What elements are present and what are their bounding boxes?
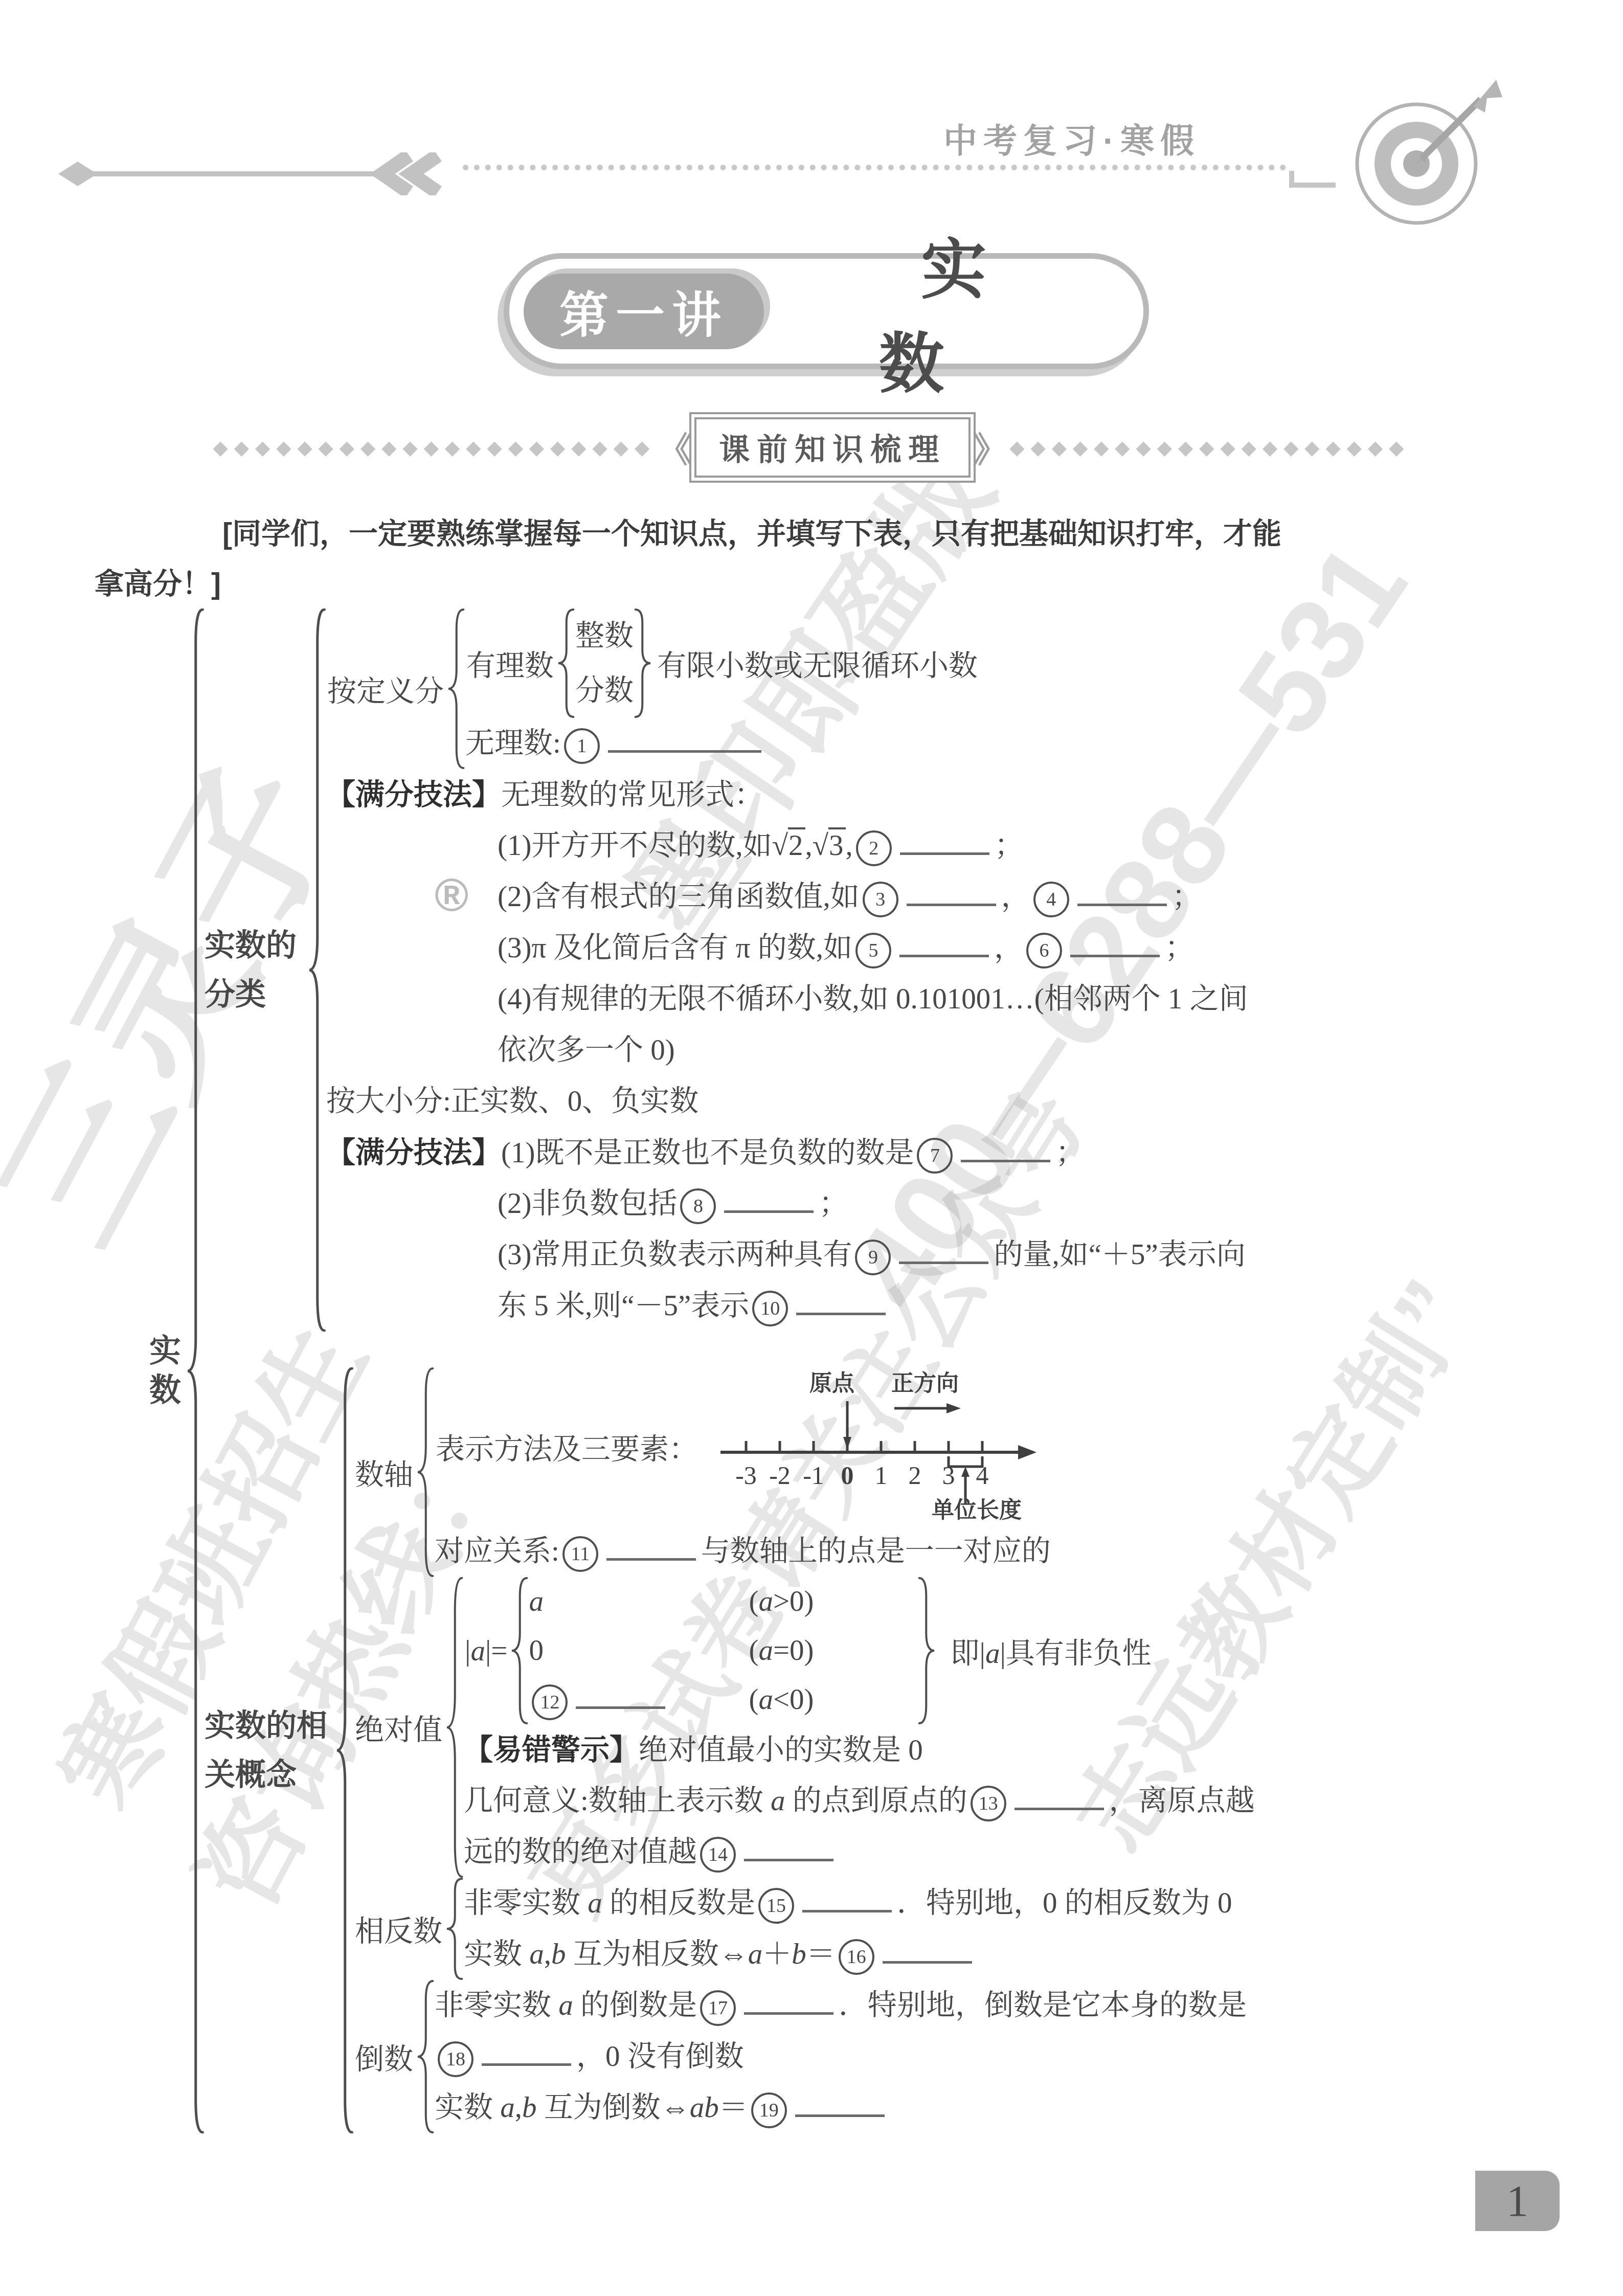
fraction-label: 分数	[575, 663, 634, 718]
dotted-divider	[463, 165, 1286, 170]
svg-text:单位长度: 单位长度	[932, 1498, 1022, 1521]
text-line: 几何意义:数轴上表示数 a 的点到原点的13，离原点越	[464, 1775, 1255, 1827]
abs-case-value: 12	[529, 1675, 749, 1724]
fill-blank	[900, 831, 989, 855]
classification-brace	[308, 609, 326, 1332]
tips1-items: (1)开方开不尽的数,如√2,√3,2；(2)含有根式的三角函数值,如3，4；(…	[326, 820, 1248, 1076]
number-line-figure: -3-2-101234原点正方向单位长度	[713, 1365, 1051, 1528]
fill-blank	[744, 1991, 833, 2015]
banner-chevron-right-icon: 》	[973, 423, 1007, 472]
abs-case-row: a(a>0)	[529, 1577, 917, 1626]
reciprocal-brace	[416, 1980, 435, 2133]
text-line: 【满分技法】(1)既不是正数也不是负数的数是7；	[326, 1127, 1248, 1178]
tips2-items: 【满分技法】(1)既不是正数也不是负数的数是7；(2)非负数包括8；(3)常用正…	[326, 1127, 1248, 1332]
fill-blank	[802, 1888, 892, 1912]
fill-blank	[482, 2042, 571, 2066]
lecture-number: 第一讲	[524, 274, 764, 349]
banner-title: 课前知识梳理	[719, 433, 946, 467]
lecture-badge: 第一讲 实数	[504, 253, 1149, 369]
circled-number: 13	[971, 1786, 1006, 1821]
fill-blank	[899, 1240, 988, 1264]
by-definition-row: 按定义分 有理数 整数 分数 有限小数或无限循	[326, 609, 1248, 769]
fill-blank	[1015, 1786, 1104, 1810]
fill-blank	[907, 882, 996, 906]
abs-case-row: 12(a<0)	[529, 1675, 917, 1724]
fill-blank	[1077, 882, 1167, 906]
abs-conclusion: 即|a|具有非负性	[950, 1630, 1151, 1672]
fill-blank	[883, 1940, 972, 1964]
abs-open-brace	[510, 1577, 529, 1724]
svg-text:原点: 原点	[809, 1371, 855, 1396]
axis-brace	[416, 1367, 435, 1577]
text-line: (3)π 及化简后含有 π 的数,如5，6；	[326, 922, 1248, 974]
by-size-line: 按大小分:正实数、0、负实数	[326, 1076, 1248, 1127]
textbook-page: 三灵子墨印即盈版400—6288—531寒假班招生咨询热线：更多试卷请关注公众号…	[0, 0, 1623, 2296]
page-number: 1	[1475, 2171, 1560, 2231]
text-line: (2)非负数包括8；	[326, 1178, 1248, 1229]
opposite-lines: 非零实数 a 的相反数是15．特别地，0 的相反数为 0实数 a,b 互为相反数…	[464, 1878, 1232, 1980]
svg-text:-1: -1	[803, 1461, 824, 1490]
opposite-group: 相反数 非零实数 a 的相反数是15．特别地，0 的相反数为 0实数 a,b 互…	[354, 1878, 1255, 1980]
reciprocal-label: 倒数	[355, 2036, 413, 2078]
page-header-title: 中考复习·寒假	[943, 114, 1200, 162]
intro-line-2: 拿高分！]	[95, 559, 1542, 609]
abs-case-row: 0(a=0)	[529, 1626, 917, 1675]
abs-case-value: 0	[529, 1626, 749, 1675]
axis-label: 数轴	[355, 1451, 413, 1493]
circled-number: 5	[855, 933, 891, 969]
circled-number: 14	[700, 1837, 736, 1873]
svg-text:正方向: 正方向	[891, 1371, 959, 1396]
circled-number: 16	[839, 1939, 874, 1975]
concepts-brace	[335, 1367, 354, 2133]
intro-line-1: [同学们，一定要熟练掌握每一个知识点，并填写下表，只有把基础知识打牢，才能	[95, 509, 1542, 559]
knowledge-tree: 实数 实数的分类 按定义分 有理数 整数	[149, 609, 1255, 2133]
abs-geometry: 几何意义:数轴上表示数 a 的点到原点的13，离原点越远的数的绝对值越14	[464, 1775, 1255, 1878]
opposite-label: 相反数	[355, 1908, 442, 1950]
banner-box: 课前知识梳理	[694, 417, 971, 478]
sqrt-expression: √3	[813, 827, 846, 862]
text-line: 非零实数 a 的倒数是17．特别地，倒数是它本身的数是	[435, 1980, 1247, 2031]
fill-blank	[961, 1138, 1050, 1162]
classification-label: 实数的分类	[205, 921, 306, 1019]
rational-note: 有限小数或无限循环小数	[657, 642, 978, 684]
lecture-title: 实数	[764, 217, 1143, 406]
circled-number: 19	[751, 2092, 787, 2128]
axis-method-row: 表示方法及三要素： -3-2-101234原点正方向单位长度	[435, 1367, 1051, 1526]
fill-blank	[796, 1291, 886, 1315]
abs-case-value: a	[529, 1577, 749, 1626]
abs-case-condition: (a>0)	[749, 1577, 917, 1626]
absolute-group: 绝对值 |a|= a(a>0)0(a=0)12(a<0) 即|a|具有非负性 【…	[354, 1577, 1255, 1878]
tree-root-label: 实数	[149, 1332, 184, 1411]
diamond-strip-right-icon: ◆◆◆◆◆◆◆◆◆◆◆◆◆◆◆◆◆◆◆	[1009, 436, 1410, 459]
circled-number: 7	[917, 1138, 953, 1174]
circled-number: 11	[562, 1536, 598, 1572]
by-definition-brace	[447, 609, 465, 769]
sqrt-expression: √2	[772, 827, 805, 862]
fill-blank	[608, 729, 761, 753]
circled-number: 10	[752, 1291, 788, 1326]
circled-number: 6	[1026, 933, 1062, 969]
fill-blank	[576, 1685, 665, 1709]
axis-method-label: 表示方法及三要素：	[436, 1426, 698, 1468]
banner-chevron-left-icon: 《	[658, 423, 692, 472]
rational-close-brace	[634, 609, 652, 718]
abs-cases: a(a>0)0(a=0)12(a<0)	[529, 1577, 917, 1724]
abs-lhs: |a|=	[465, 1634, 507, 1668]
text-line: 18，0 没有倒数	[435, 2031, 1247, 2082]
fill-blank	[606, 1537, 696, 1561]
fill-blank	[744, 1837, 833, 1861]
circled-number: 17	[700, 1990, 736, 2026]
text-line: 非零实数 a 的相反数是15．特别地，0 的相反数为 0	[464, 1878, 1232, 1929]
irrational-line: 无理数:1	[465, 718, 981, 769]
fill-blank	[899, 933, 989, 957]
absolute-label: 绝对值	[355, 1706, 442, 1748]
circled-number: 8	[680, 1188, 716, 1224]
rational-label: 有理数	[466, 642, 554, 684]
opposite-brace	[445, 1878, 464, 1980]
axis-group: 数轴 表示方法及三要素： -3-2-101234原点正方向单位长度 对应关系:1…	[354, 1367, 1255, 1577]
abs-close-brace	[917, 1577, 936, 1724]
text-line: (4)有规律的无限不循环小数,如 0.101001…(相邻两个 1 之间	[326, 974, 1248, 1025]
axis-mapping-line: 对应关系:11与数轴上的点是一一对应的	[435, 1526, 1051, 1577]
reciprocal-group: 倒数 非零实数 a 的倒数是17．特别地，倒数是它本身的数是18，0 没有倒数实…	[354, 1980, 1255, 2133]
absolute-brace	[445, 1577, 464, 1878]
dartboard-target-icon	[1345, 61, 1504, 233]
fill-blank	[724, 1189, 814, 1213]
abs-formula: |a|= a(a>0)0(a=0)12(a<0) 即|a|具有非负性	[464, 1577, 1255, 1724]
fill-blank	[1070, 933, 1160, 957]
svg-text:-2: -2	[769, 1461, 791, 1490]
text-line: (3)常用正负数表示两种具有9的量,如“＋5”表示向	[326, 1229, 1248, 1280]
fill-blank	[795, 2093, 885, 2117]
circled-number: 1	[564, 728, 600, 764]
svg-text:-3: -3	[735, 1461, 757, 1490]
circled-number: 9	[855, 1240, 891, 1275]
circled-number: 3	[863, 882, 898, 917]
text-line: (1)开方开不尽的数,如√2,√3,2；	[326, 820, 1248, 871]
svg-text:1: 1	[875, 1461, 888, 1490]
section-banner: ◆◆◆◆◆◆◆◆◆◆◆◆◆◆◆◆◆◆◆◆◆ 《 课前知识梳理 》 ◆◆◆◆◆◆◆…	[0, 414, 1623, 481]
svg-text:0: 0	[841, 1461, 854, 1490]
circled-number: 2	[856, 830, 892, 866]
abs-case-condition: (a=0)	[749, 1626, 917, 1675]
abs-case-condition: (a<0)	[749, 1675, 917, 1724]
arrow-tail-icon	[51, 152, 460, 195]
rational-open-brace	[557, 609, 575, 718]
rational-row: 有理数 整数 分数 有限小数或无限循环小数	[465, 609, 981, 718]
abs-warning: 【易错警示】绝对值最小的实数是 0	[464, 1724, 1255, 1775]
circled-number: 18	[438, 2041, 474, 2077]
text-line: 东 5 米,则“－5”表示10	[326, 1280, 1248, 1332]
divider-end-hook	[1289, 169, 1340, 191]
text-line: 实数 a,b 互为倒数⇔ab＝19	[435, 2082, 1247, 2133]
tips1-title: 【满分技法】无理数的常见形式：	[326, 769, 1248, 820]
svg-text:2: 2	[909, 1461, 921, 1490]
integer-label: 整数	[575, 609, 634, 663]
concepts-group: 实数的相关概念 数轴 表示方法及三要素： -3-2-101234原点正方向单位长…	[205, 1367, 1255, 2133]
classification-group: 实数的分类 按定义分 有理数 整数 分数	[205, 609, 1255, 1332]
reciprocal-lines: 非零实数 a 的倒数是17．特别地，倒数是它本身的数是18，0 没有倒数实数 a…	[435, 1980, 1247, 2133]
text-line: 远的数的绝对值越14	[464, 1827, 1255, 1878]
concepts-label: 实数的相关概念	[205, 1701, 333, 1799]
text-line: (2)含有根式的三角函数值,如3，4；	[326, 871, 1248, 922]
root-brace	[186, 609, 205, 2133]
circled-number: 4	[1033, 882, 1069, 917]
by-definition-label: 按定义分	[327, 668, 444, 710]
circled-number: 12	[532, 1684, 568, 1720]
text-line: 依次多一个 0)	[326, 1025, 1248, 1076]
intro-paragraph: [同学们，一定要熟练掌握每一个知识点，并填写下表，只有把基础知识打牢，才能 拿高…	[95, 509, 1542, 609]
diamond-strip-left-icon: ◆◆◆◆◆◆◆◆◆◆◆◆◆◆◆◆◆◆◆◆◆	[213, 436, 656, 459]
text-line: 实数 a,b 互为相反数⇔a＋b＝16	[464, 1929, 1232, 1980]
circled-number: 15	[758, 1888, 794, 1924]
